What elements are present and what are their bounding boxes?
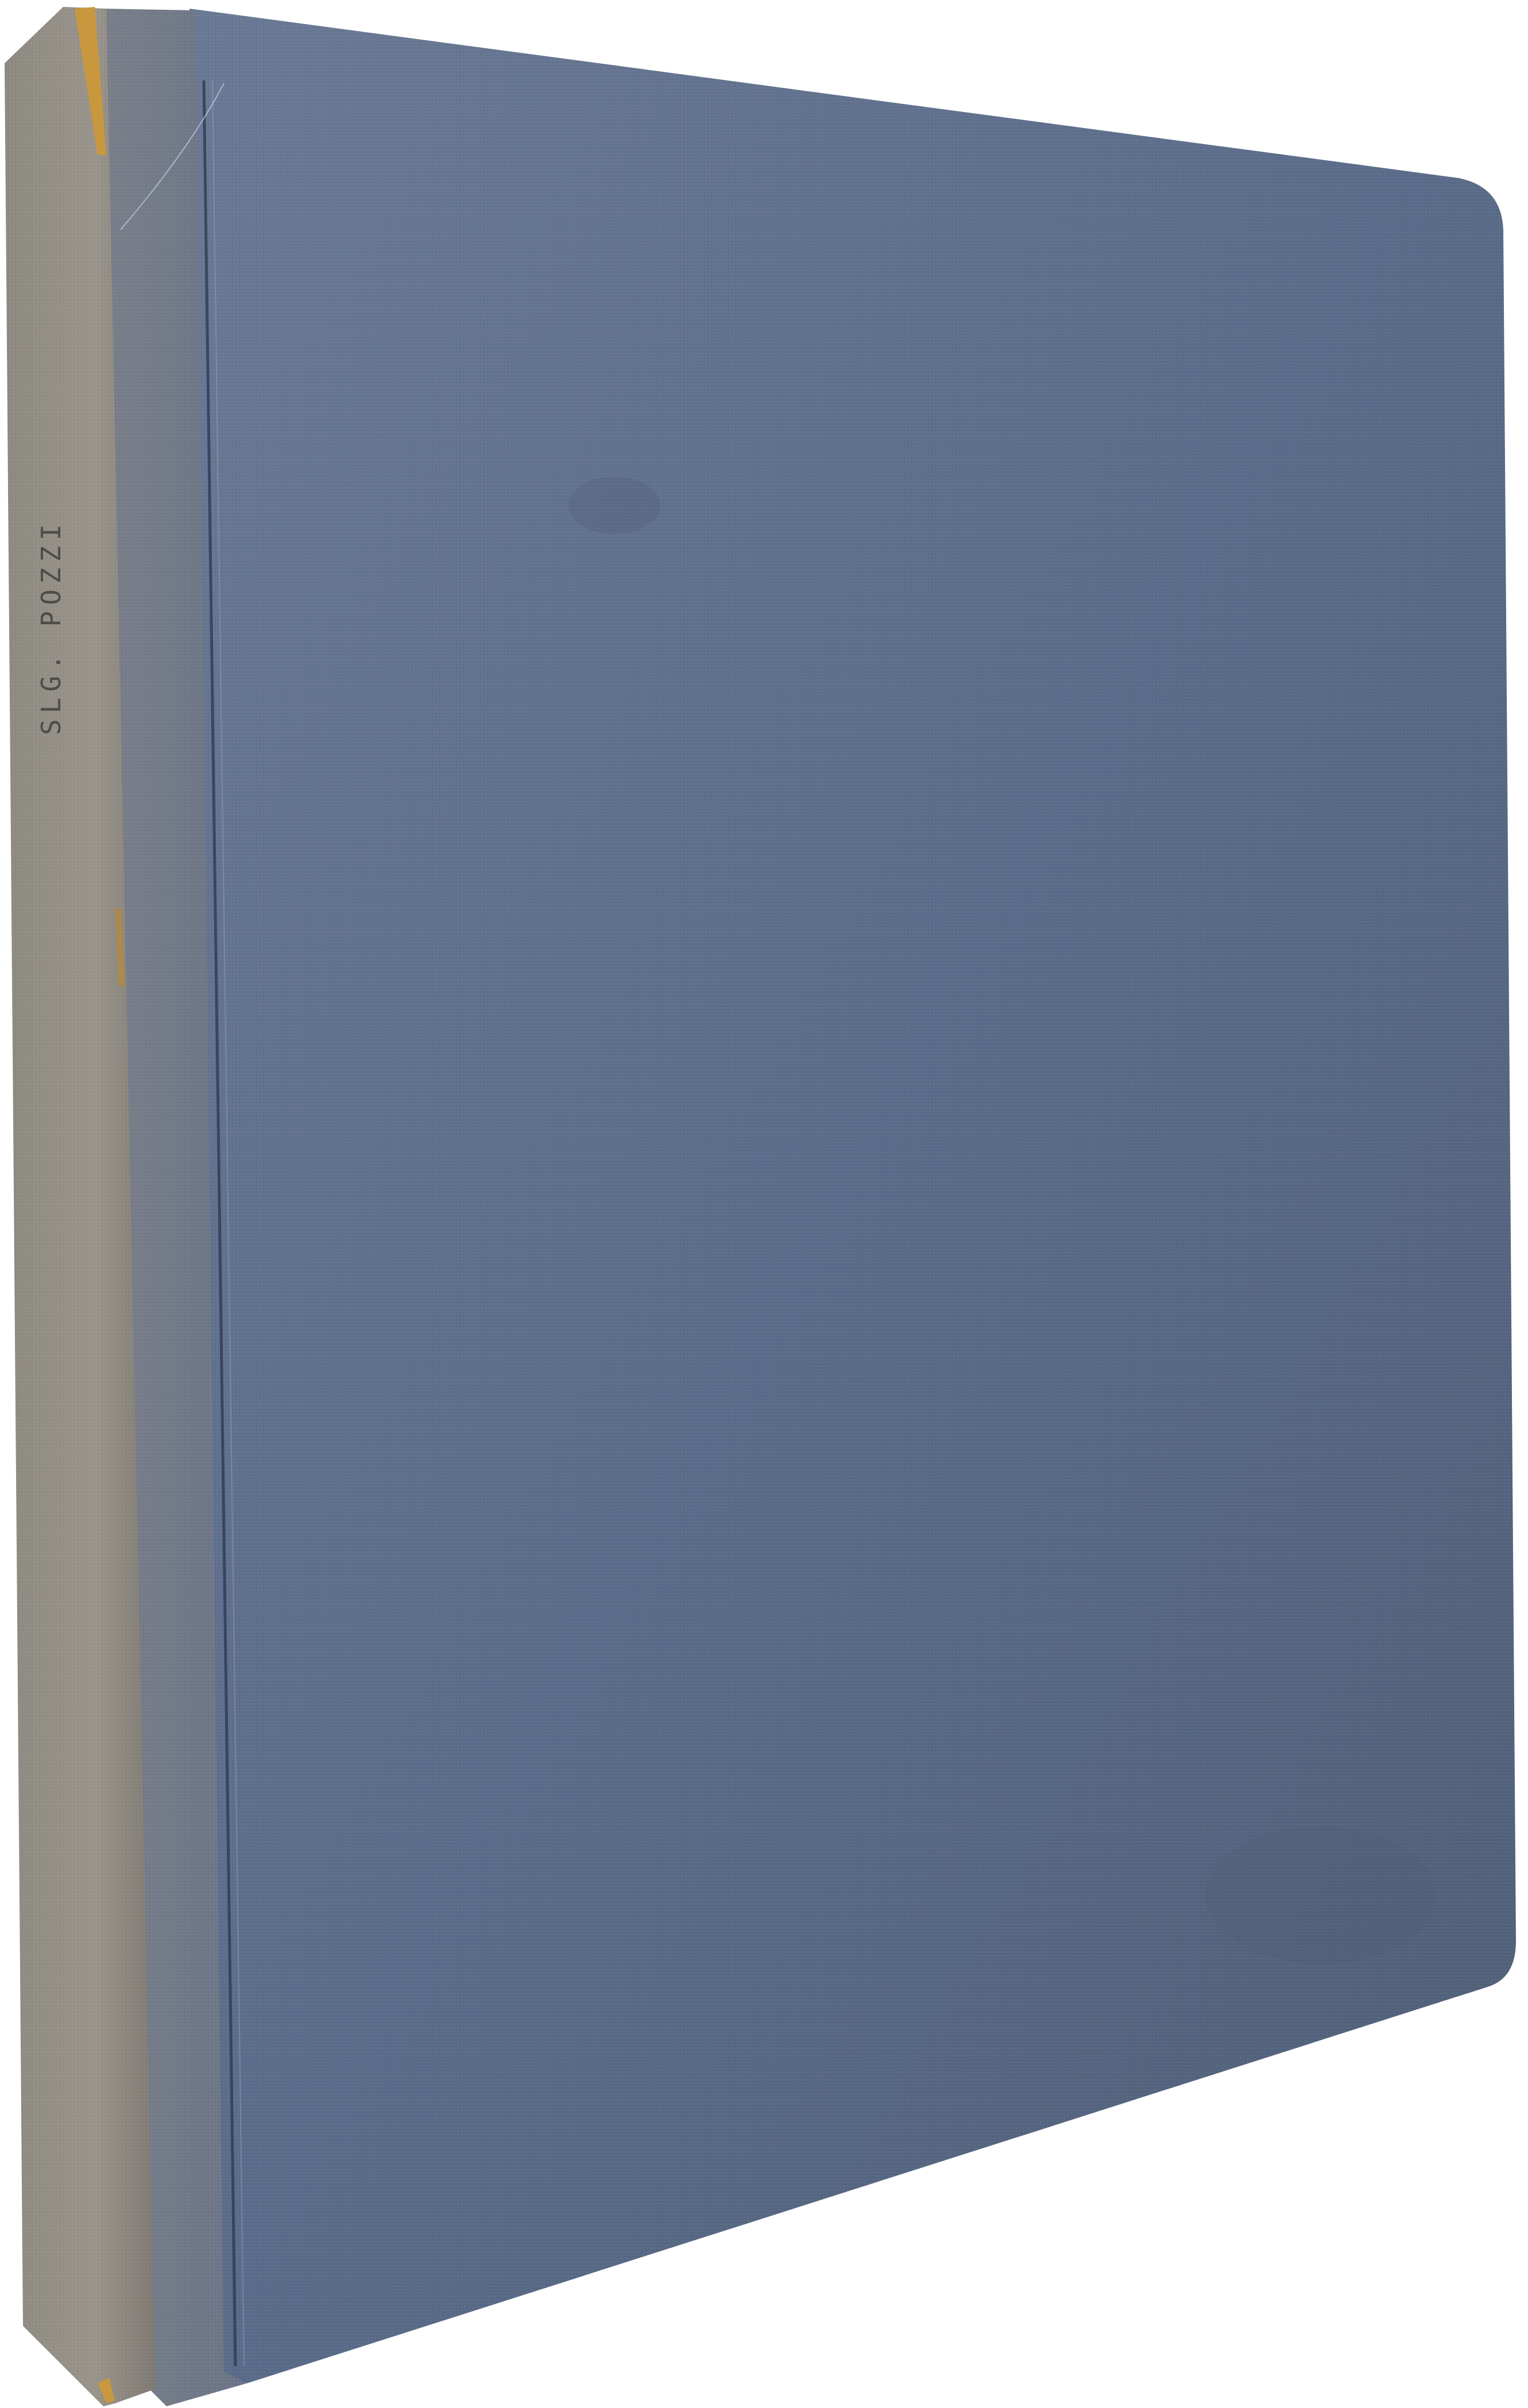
- spine-inscription: SLG. POZZI: [36, 574, 70, 735]
- book-photo: SLG. POZZI: [0, 0, 1528, 2408]
- book-illustration: [0, 0, 1528, 2408]
